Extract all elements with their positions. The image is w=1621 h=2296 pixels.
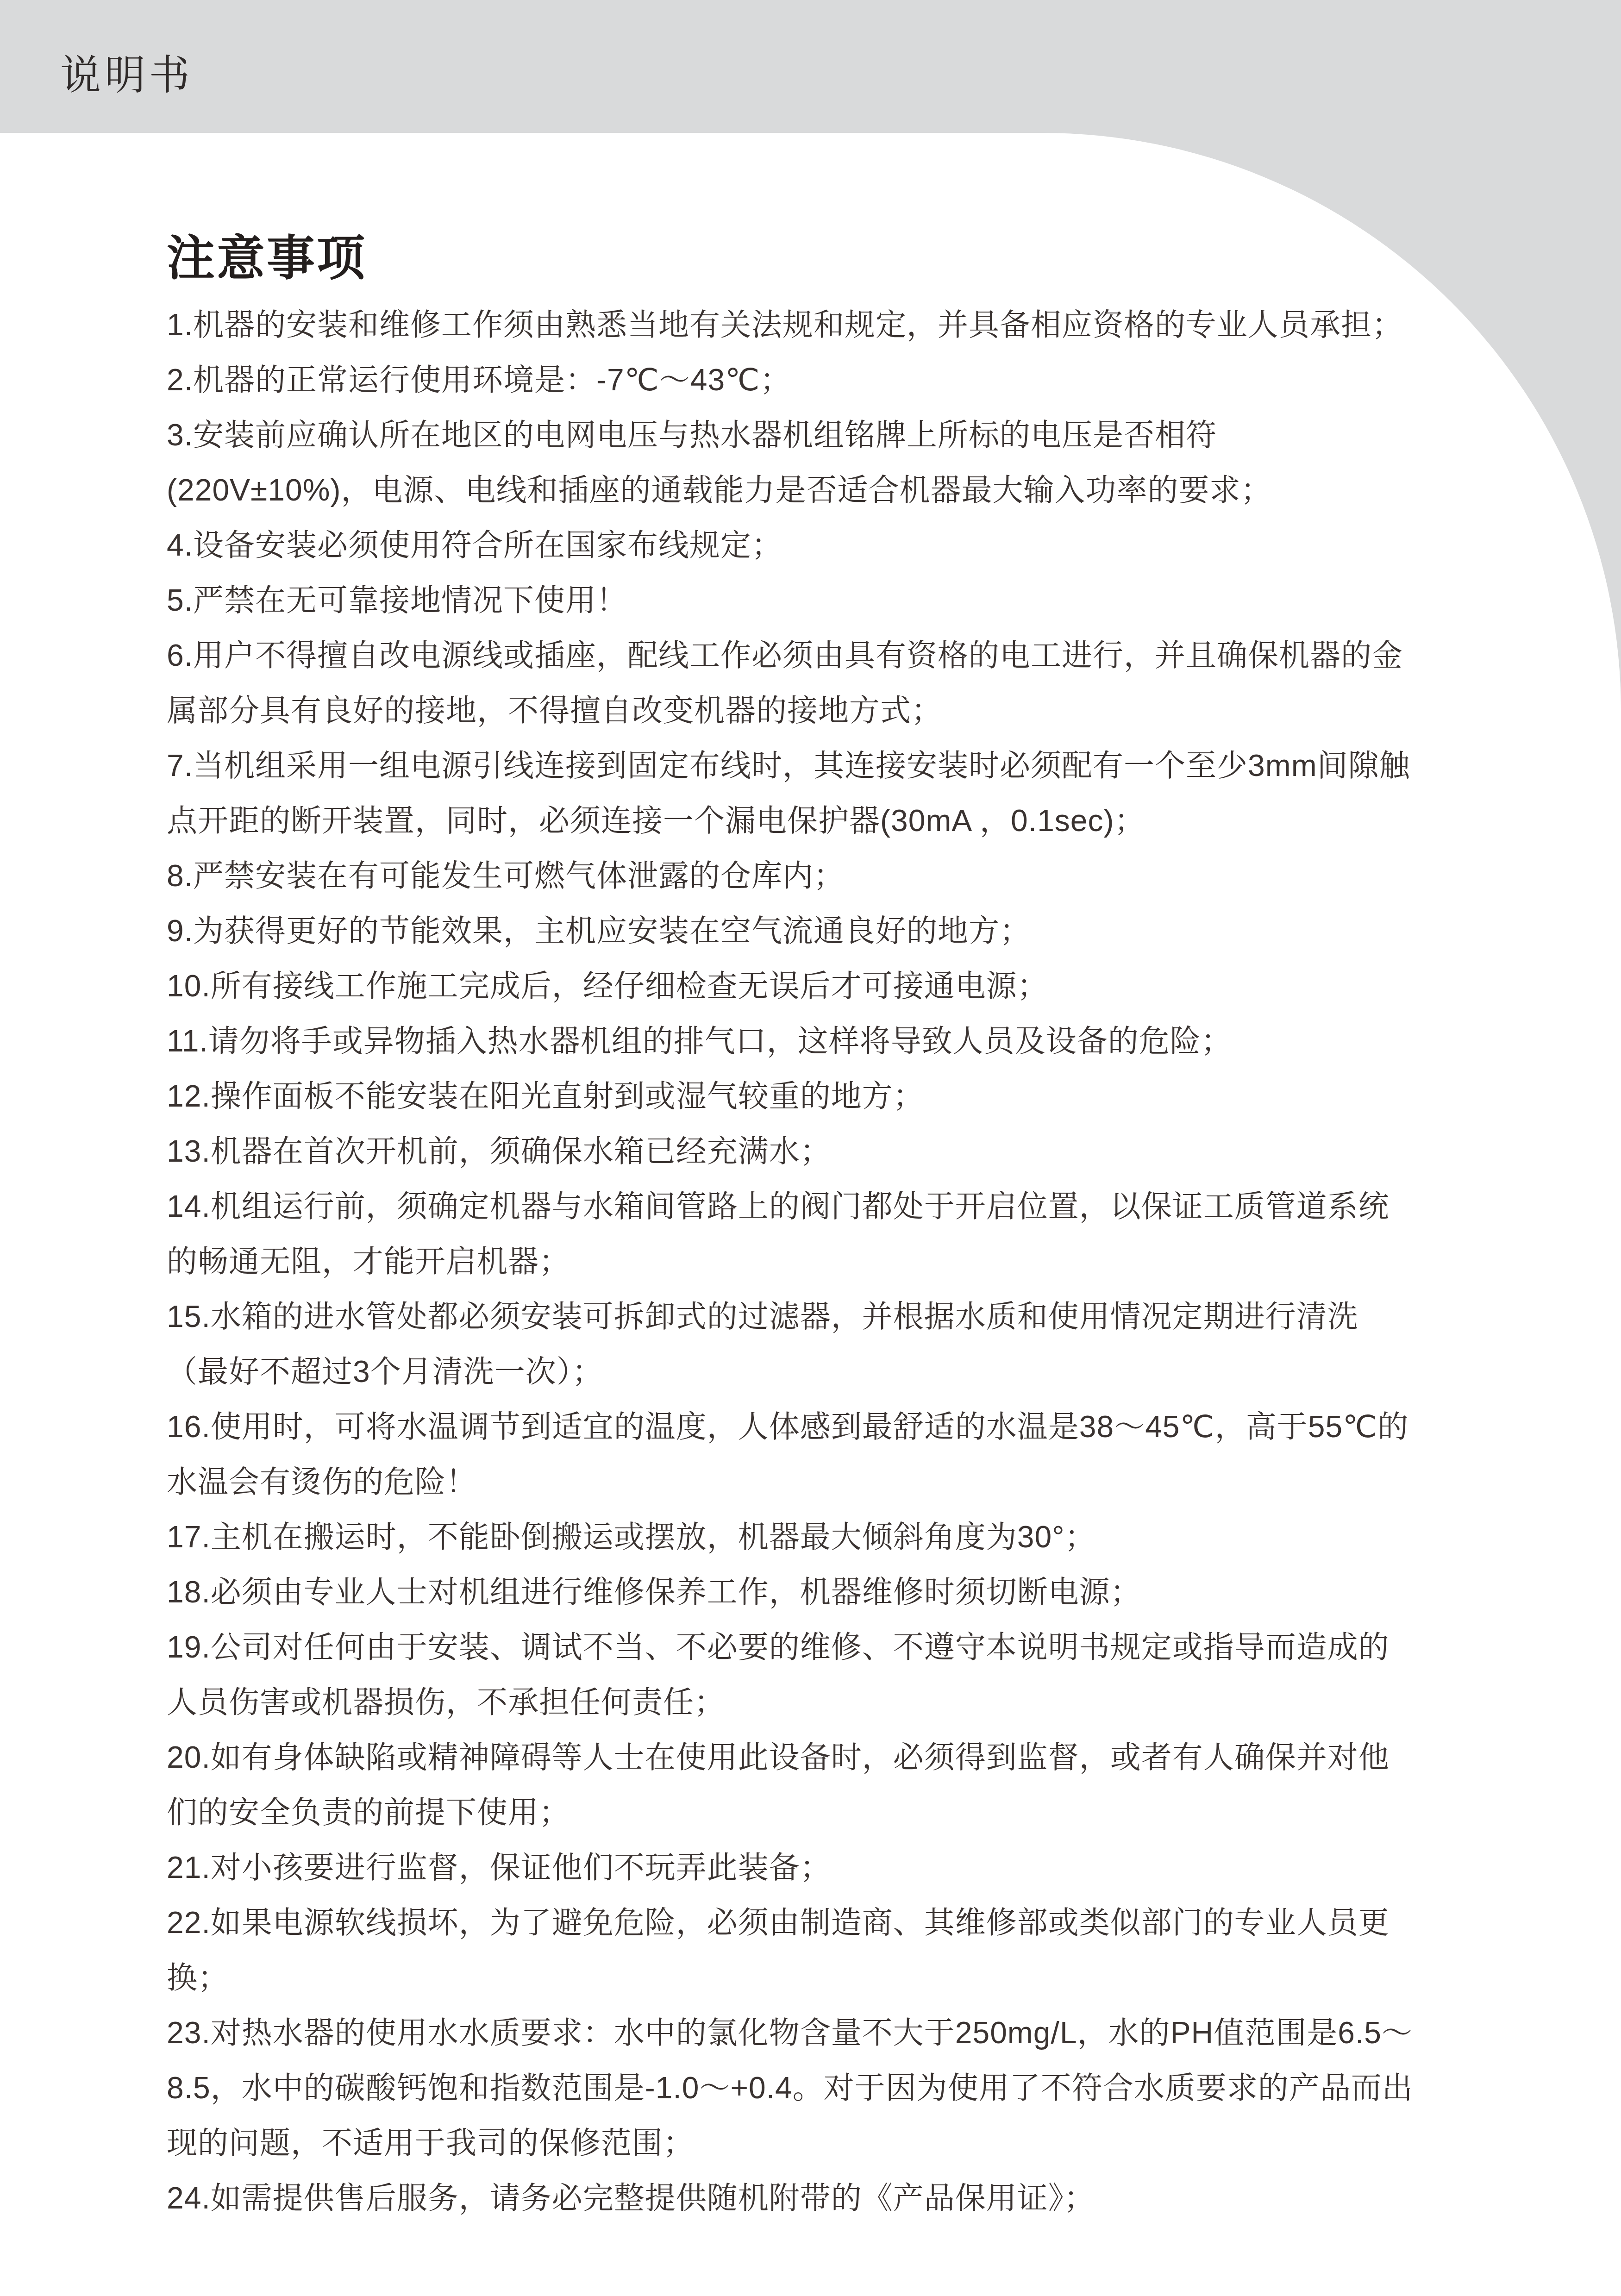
notice-item: 17.主机在搬运时，不能卧倒搬运或摆放，机器最大倾斜角度为30°； xyxy=(167,1509,1417,1564)
notice-item: 18.必须由专业人士对机组进行维修保养工作，机器维修时须切断电源； xyxy=(167,1564,1417,1620)
notice-item: 22.如果电源软线损坏，为了避免危险，必须由制造商、其维修部或类似部门的专业人员… xyxy=(167,1895,1417,2005)
notice-item: 23.对热水器的使用水水质要求：水中的氯化物含量不大于250mg/L，水的PH值… xyxy=(167,2005,1417,2171)
notice-item: 1.机器的安装和维修工作须由熟悉当地有关法规和规定，并具备相应资格的专业人员承担… xyxy=(167,297,1417,352)
doc-title: 说明书 xyxy=(60,55,194,95)
notice-item: 16.使用时，可将水温调节到适宜的温度，人体感到最舒适的水温是38～45℃，高于… xyxy=(167,1399,1417,1509)
notice-item: 15.水箱的进水管处都必须安装可拆卸式的过滤器，并根据水质和使用情况定期进行清洗… xyxy=(167,1289,1417,1399)
notice-item: 7.当机组采用一组电源引线连接到固定布线时，其连接安装时必须配有一个至少3mm间… xyxy=(167,738,1417,848)
content-sheet: 注意事项 1.机器的安装和维修工作须由熟悉当地有关法规和规定，并具备相应资格的专… xyxy=(0,133,1621,2296)
section-title: 注意事项 xyxy=(167,232,1417,285)
notice-item: 20.如有身体缺陷或精神障碍等人士在使用此设备时，必须得到监督，或者有人确保并对… xyxy=(167,1730,1417,1840)
notice-item: 5.严禁在无可靠接地情况下使用！ xyxy=(167,573,1417,628)
notice-list: 1.机器的安装和维修工作须由熟悉当地有关法规和规定，并具备相应资格的专业人员承担… xyxy=(167,297,1417,2226)
notice-item: 8.严禁安装在有可能发生可燃气体泄露的仓库内； xyxy=(167,848,1417,903)
notice-item: 3.安装前应确认所在地区的电网电压与热水器机组铭牌上所标的电压是否相符(220V… xyxy=(167,407,1417,518)
notice-item: 4.设备安装必须使用符合所在国家布线规定； xyxy=(167,518,1417,573)
notice-item: 21.对小孩要进行监督，保证他们不玩弄此装备； xyxy=(167,1840,1417,1895)
manual-page: 说明书 注意事项 1.机器的安装和维修工作须由熟悉当地有关法规和规定，并具备相应… xyxy=(0,0,1621,2296)
notice-item: 11.请勿将手或异物插入热水器机组的排气口，这样将导致人员及设备的危险； xyxy=(167,1013,1417,1069)
notice-item: 19.公司对任何由于安装、调试不当、不必要的维修、不遵守本说明书规定或指导而造成… xyxy=(167,1620,1417,1730)
notice-item: 9.为获得更好的节能效果，主机应安装在空气流通良好的地方； xyxy=(167,903,1417,958)
notice-item: 10.所有接线工作施工完成后，经仔细检查无误后才可接通电源； xyxy=(167,958,1417,1013)
notice-item: 12.操作面板不能安装在阳光直射到或湿气较重的地方； xyxy=(167,1069,1417,1124)
notice-item: 2.机器的正常运行使用环境是：-7℃～43℃； xyxy=(167,352,1417,407)
notice-item: 13.机器在首次开机前，须确保水箱已经充满水； xyxy=(167,1124,1417,1179)
notice-item: 24.如需提供售后服务，请务必完整提供随机附带的《产品保用证》； xyxy=(167,2171,1417,2226)
notice-item: 6.用户不得擅自改电源线或插座，配线工作必须由具有资格的电工进行，并且确保机器的… xyxy=(167,628,1417,738)
notice-item: 14.机组运行前，须确定机器与水箱间管路上的阀门都处于开启位置，以保证工质管道系… xyxy=(167,1179,1417,1289)
